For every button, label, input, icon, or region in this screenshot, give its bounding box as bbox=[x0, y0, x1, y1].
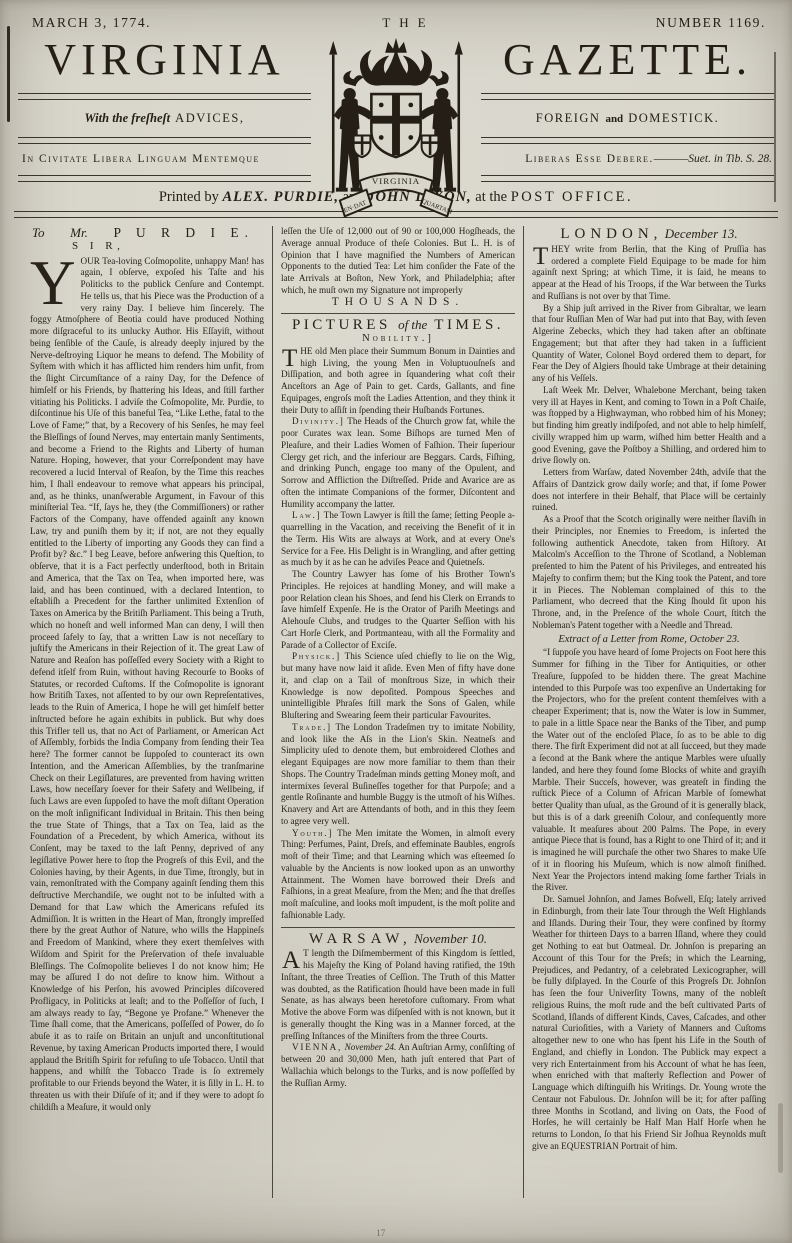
advices-prefix: With the freſheſt bbox=[85, 111, 171, 126]
double-rule bbox=[481, 137, 774, 144]
double-rule bbox=[481, 93, 774, 100]
column-rule bbox=[272, 226, 273, 1198]
imprint-prefix: Printed by bbox=[159, 189, 219, 205]
domestick-label: DOMESTICK. bbox=[628, 111, 719, 126]
item-text: The Heads of the Church grow fat, while … bbox=[281, 416, 515, 508]
motto-citation: Suet. in Tib. S. 28. bbox=[688, 153, 772, 165]
body-columns: To Mr. P U R D I E. S I R, YOUR Tea-lovi… bbox=[0, 220, 792, 1198]
newspaper-page: MARCH 3, 1774. THE NUMBER 1169. VIRGINIA… bbox=[0, 0, 792, 1243]
drop-cap-a: A bbox=[281, 948, 303, 971]
runin-label: Trade.] bbox=[292, 722, 332, 732]
rome-letter-heading: Extract of a Letter from Rome, October 2… bbox=[532, 634, 766, 646]
motto-dash: ——— bbox=[654, 153, 689, 165]
imprint-at: at the bbox=[475, 189, 507, 205]
scan-edge-mark bbox=[774, 52, 776, 202]
vienna-date: November 24. bbox=[345, 1042, 397, 1052]
runin-label: Youth.] bbox=[292, 828, 333, 838]
masthead-top-row: MARCH 3, 1774. THE NUMBER 1169. bbox=[0, 0, 792, 31]
section-heading-pictures: PICTURES of the TIMES. bbox=[281, 319, 515, 332]
paragraph-vienna: VIENNA, November 24. An Auſtrian Army, c… bbox=[281, 1042, 515, 1089]
drop-cap-y: Y bbox=[30, 256, 81, 308]
warsaw-text: T length the Diſmemberment of this Kingd… bbox=[281, 948, 515, 1040]
scan-edge-mark bbox=[7, 26, 10, 122]
and-word: and bbox=[605, 113, 623, 125]
dateline-london: LONDON, December 13. bbox=[532, 228, 766, 242]
section-rule bbox=[281, 927, 515, 928]
times-caps: TIMES. bbox=[434, 317, 504, 333]
column-1: To Mr. P U R D I E. S I R, YOUR Tea-lovi… bbox=[30, 226, 264, 1198]
letter-continuation: leſſen the Uſe of 12,000 out of 90 or 10… bbox=[281, 226, 515, 297]
motto-right-text: Liberas Eſse Debere. bbox=[525, 153, 654, 165]
paragraph-trade: Trade.] The London Tradeſmen try to imit… bbox=[281, 722, 515, 828]
column-rule bbox=[523, 226, 524, 1198]
paragraph-law: Law.] The Town Lawyer is ſtill the ſame;… bbox=[281, 510, 515, 569]
paragraph-warsaw: AT length the Diſmemberment of this King… bbox=[281, 948, 515, 1042]
runin-label: Physick.] bbox=[292, 651, 341, 661]
masthead-title-row: VIRGINIA With the freſheſt ADVICES, In C… bbox=[0, 31, 792, 184]
vienna-label: VIENNA, bbox=[292, 1042, 342, 1052]
item-text: The Men imitate the Women, in almoſt eve… bbox=[281, 828, 515, 920]
title-virginia: VIRGINIA bbox=[18, 31, 311, 91]
paragraph-highwayman: Laſt Week Mr. Delver, Whalebone Merchant… bbox=[532, 385, 766, 467]
runin-label: Divinity.] bbox=[292, 416, 345, 426]
issue-date: MARCH 3, 1774. bbox=[32, 15, 151, 31]
supporter-left bbox=[334, 70, 372, 191]
dateline-warsaw: WARSAW, November 10. bbox=[281, 933, 515, 947]
double-rule bbox=[18, 175, 311, 182]
masthead-left: VIRGINIA With the freſheſt ADVICES, In C… bbox=[18, 31, 311, 184]
letter-signature: THOUSANDS. bbox=[281, 297, 515, 309]
warsaw-city: WARSAW, bbox=[309, 931, 412, 947]
warsaw-date: November 10. bbox=[414, 931, 487, 946]
paragraph-nobility: THE old Men place their Summum Bonum in … bbox=[281, 346, 515, 417]
issue-number: NUMBER 1169. bbox=[656, 15, 766, 31]
letter-text: OUR Tea-loving Coſmopolite, unhappy Man!… bbox=[30, 256, 264, 1112]
drop-cap-t: T bbox=[532, 244, 551, 267]
motto-right: Liberas Eſse Debere.———Suet. in Tib. S. … bbox=[481, 146, 774, 173]
paragraph-dantzick: Letters from Warſaw, dated November 24th… bbox=[532, 467, 766, 514]
drop-cap-t: T bbox=[281, 346, 300, 369]
london-date: December 13. bbox=[665, 226, 738, 241]
motto-left: In Civitate Libera Linguam Mentemque bbox=[18, 146, 311, 173]
subhead-nobility: Nobility.] bbox=[281, 333, 515, 345]
scan-edge-mark bbox=[778, 1103, 783, 1173]
column-2: leſſen the Uſe of 12,000 out of 90 or 10… bbox=[281, 226, 515, 1198]
section-rule bbox=[281, 313, 515, 314]
nobility-text: HE old Men place their Summum Bonum in D… bbox=[281, 346, 515, 415]
double-rule bbox=[18, 137, 311, 144]
masthead: MARCH 3, 1774. THE NUMBER 1169. VIRGINIA… bbox=[0, 0, 792, 218]
coat-of-arms: VIRGINIA EN·DAT QUARTAM bbox=[311, 31, 481, 183]
foreign-label: FOREIGN bbox=[536, 111, 601, 126]
double-rule bbox=[481, 175, 774, 182]
masthead-right: GAZETTE. FOREIGN and DOMESTICK. Liberas … bbox=[481, 31, 774, 184]
column-3: LONDON, December 13. THEY write from Ber… bbox=[532, 226, 766, 1198]
of-the-italic: of the bbox=[398, 317, 427, 332]
title-gazette: GAZETTE. bbox=[481, 31, 774, 91]
virginia-arms-engraving: VIRGINIA EN·DAT QUARTAM bbox=[312, 33, 480, 235]
london-city: LONDON, bbox=[560, 226, 662, 242]
masthead-the: THE bbox=[382, 15, 434, 31]
paragraph-rome-letter: “I ſuppoſe you have heard of ſome Projec… bbox=[532, 647, 766, 894]
salutation-sir: S I R, bbox=[72, 241, 264, 253]
paragraph-physick: Physick.] This Science uſed chiefly to l… bbox=[281, 651, 515, 722]
advices-caps: ADVICES, bbox=[175, 111, 244, 126]
pictures-caps: PICTURES bbox=[292, 317, 391, 333]
paragraph-country-lawyer: The Country Lawyer has ſome of his Broth… bbox=[281, 569, 515, 651]
letter-salutation: To Mr. P U R D I E. bbox=[30, 226, 264, 240]
paragraph-berlin: THEY write from Berlin, that the King of… bbox=[532, 244, 766, 303]
paragraph-johnson-boswell: Dr. Samuel Johnſon, and James Boſwell, E… bbox=[532, 894, 766, 1153]
salutation-purdie: P U R D I E. bbox=[113, 227, 254, 239]
berlin-text: HEY write from Berlin, that the King of … bbox=[532, 244, 766, 301]
runin-label: Law.] bbox=[292, 510, 321, 520]
paragraph-divinity: Divinity.] The Heads of the Church grow … bbox=[281, 416, 515, 510]
paragraph-gibraltar: By a Ship juſt arrived in the River from… bbox=[532, 303, 766, 385]
imprint-place: POST OFFICE. bbox=[511, 189, 633, 205]
item-text: The London Tradeſmen try to imitate Nobi… bbox=[281, 722, 515, 826]
salutation-mr: Mr. bbox=[70, 227, 88, 239]
signature-mark: 17 bbox=[376, 1228, 385, 1238]
item-text: The Country Lawyer has ſome of his Broth… bbox=[281, 569, 515, 650]
arms-banner-virginia: VIRGINIA bbox=[372, 176, 420, 186]
advices-line: With the freſheſt ADVICES, bbox=[18, 102, 311, 135]
letter-body: YOUR Tea-loving Coſmopolite, unhappy Man… bbox=[30, 256, 264, 1114]
salutation-to: To bbox=[32, 227, 45, 239]
paragraph-scotch-anecdote: As a Proof that the Scotch originally we… bbox=[532, 514, 766, 632]
foreign-domestick-line: FOREIGN and DOMESTICK. bbox=[481, 102, 774, 135]
item-text: This Science uſed chiefly to lie on the … bbox=[281, 651, 515, 720]
supporter-right bbox=[420, 70, 458, 191]
double-rule bbox=[18, 93, 311, 100]
paragraph-youth: Youth.] The Men imitate the Women, in al… bbox=[281, 828, 515, 922]
